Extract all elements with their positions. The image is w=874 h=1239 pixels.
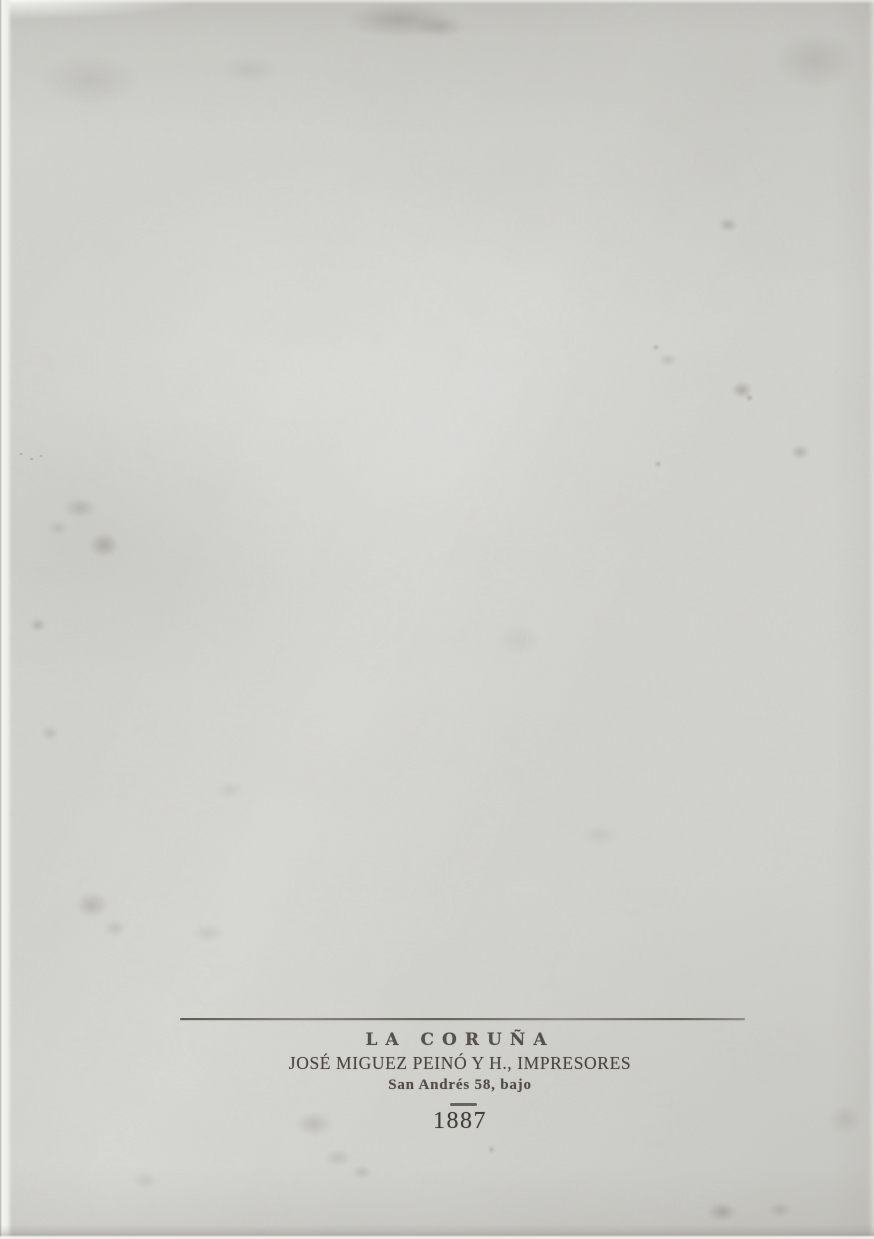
- stain-spot: [27, 616, 49, 634]
- imprint-city: LA CORUÑA: [23, 1030, 874, 1050]
- stain-spot: [702, 1199, 742, 1225]
- stain-spot: [487, 1145, 496, 1154]
- stain-spot: [745, 394, 754, 402]
- stain-spot: [764, 1200, 796, 1220]
- stain-spot: [654, 460, 662, 468]
- stain-spot: [348, 1163, 376, 1181]
- stain-spot: [186, 920, 230, 946]
- stain-spot: [69, 887, 115, 923]
- stain-spot: [715, 215, 741, 235]
- stain-spot: [320, 1146, 356, 1170]
- stain-spot: [325, 0, 475, 44]
- stain-spot: [405, 12, 475, 42]
- stain-spot: [38, 454, 44, 458]
- scan-edge-left: [0, 0, 12, 1239]
- stain-spot: [760, 20, 870, 100]
- stain-spot: [83, 528, 125, 562]
- stain-spot: [210, 52, 290, 88]
- stain-spot: [99, 917, 131, 939]
- stain-spot: [652, 344, 660, 351]
- stain-spot: [575, 820, 625, 850]
- stain-spot: [727, 378, 757, 402]
- stain-spot: [43, 518, 73, 538]
- stain-spot: [490, 620, 550, 660]
- stain-spot: [20, 45, 160, 115]
- scanned-book-page: LA CORUÑA JOSÉ MIGUEZ PEINÓ Y H., IMPRES…: [0, 0, 874, 1239]
- imprint-year: 1887: [23, 1108, 874, 1135]
- scan-edge-top: [0, 0, 874, 4]
- imprint-printer-name: JOSÉ MIGUEZ PEINÓ Y H., IMPRESORES: [23, 1053, 874, 1074]
- imprint-rule: [180, 1018, 745, 1020]
- stain-spot: [655, 351, 681, 369]
- stain-spot: [210, 778, 250, 802]
- imprint-address: San Andrés 58, bajo: [23, 1077, 874, 1094]
- stain-spot: [18, 452, 24, 456]
- stain-spot: [37, 723, 63, 743]
- stain-spot: [787, 442, 813, 462]
- scan-edge-top-left: [0, 0, 260, 26]
- imprint-separator: [450, 1103, 477, 1106]
- stain-spot: [28, 457, 35, 461]
- stain-spot: [57, 494, 103, 522]
- stain-spot: [127, 1169, 163, 1191]
- scan-edge-bottom: [0, 1225, 874, 1239]
